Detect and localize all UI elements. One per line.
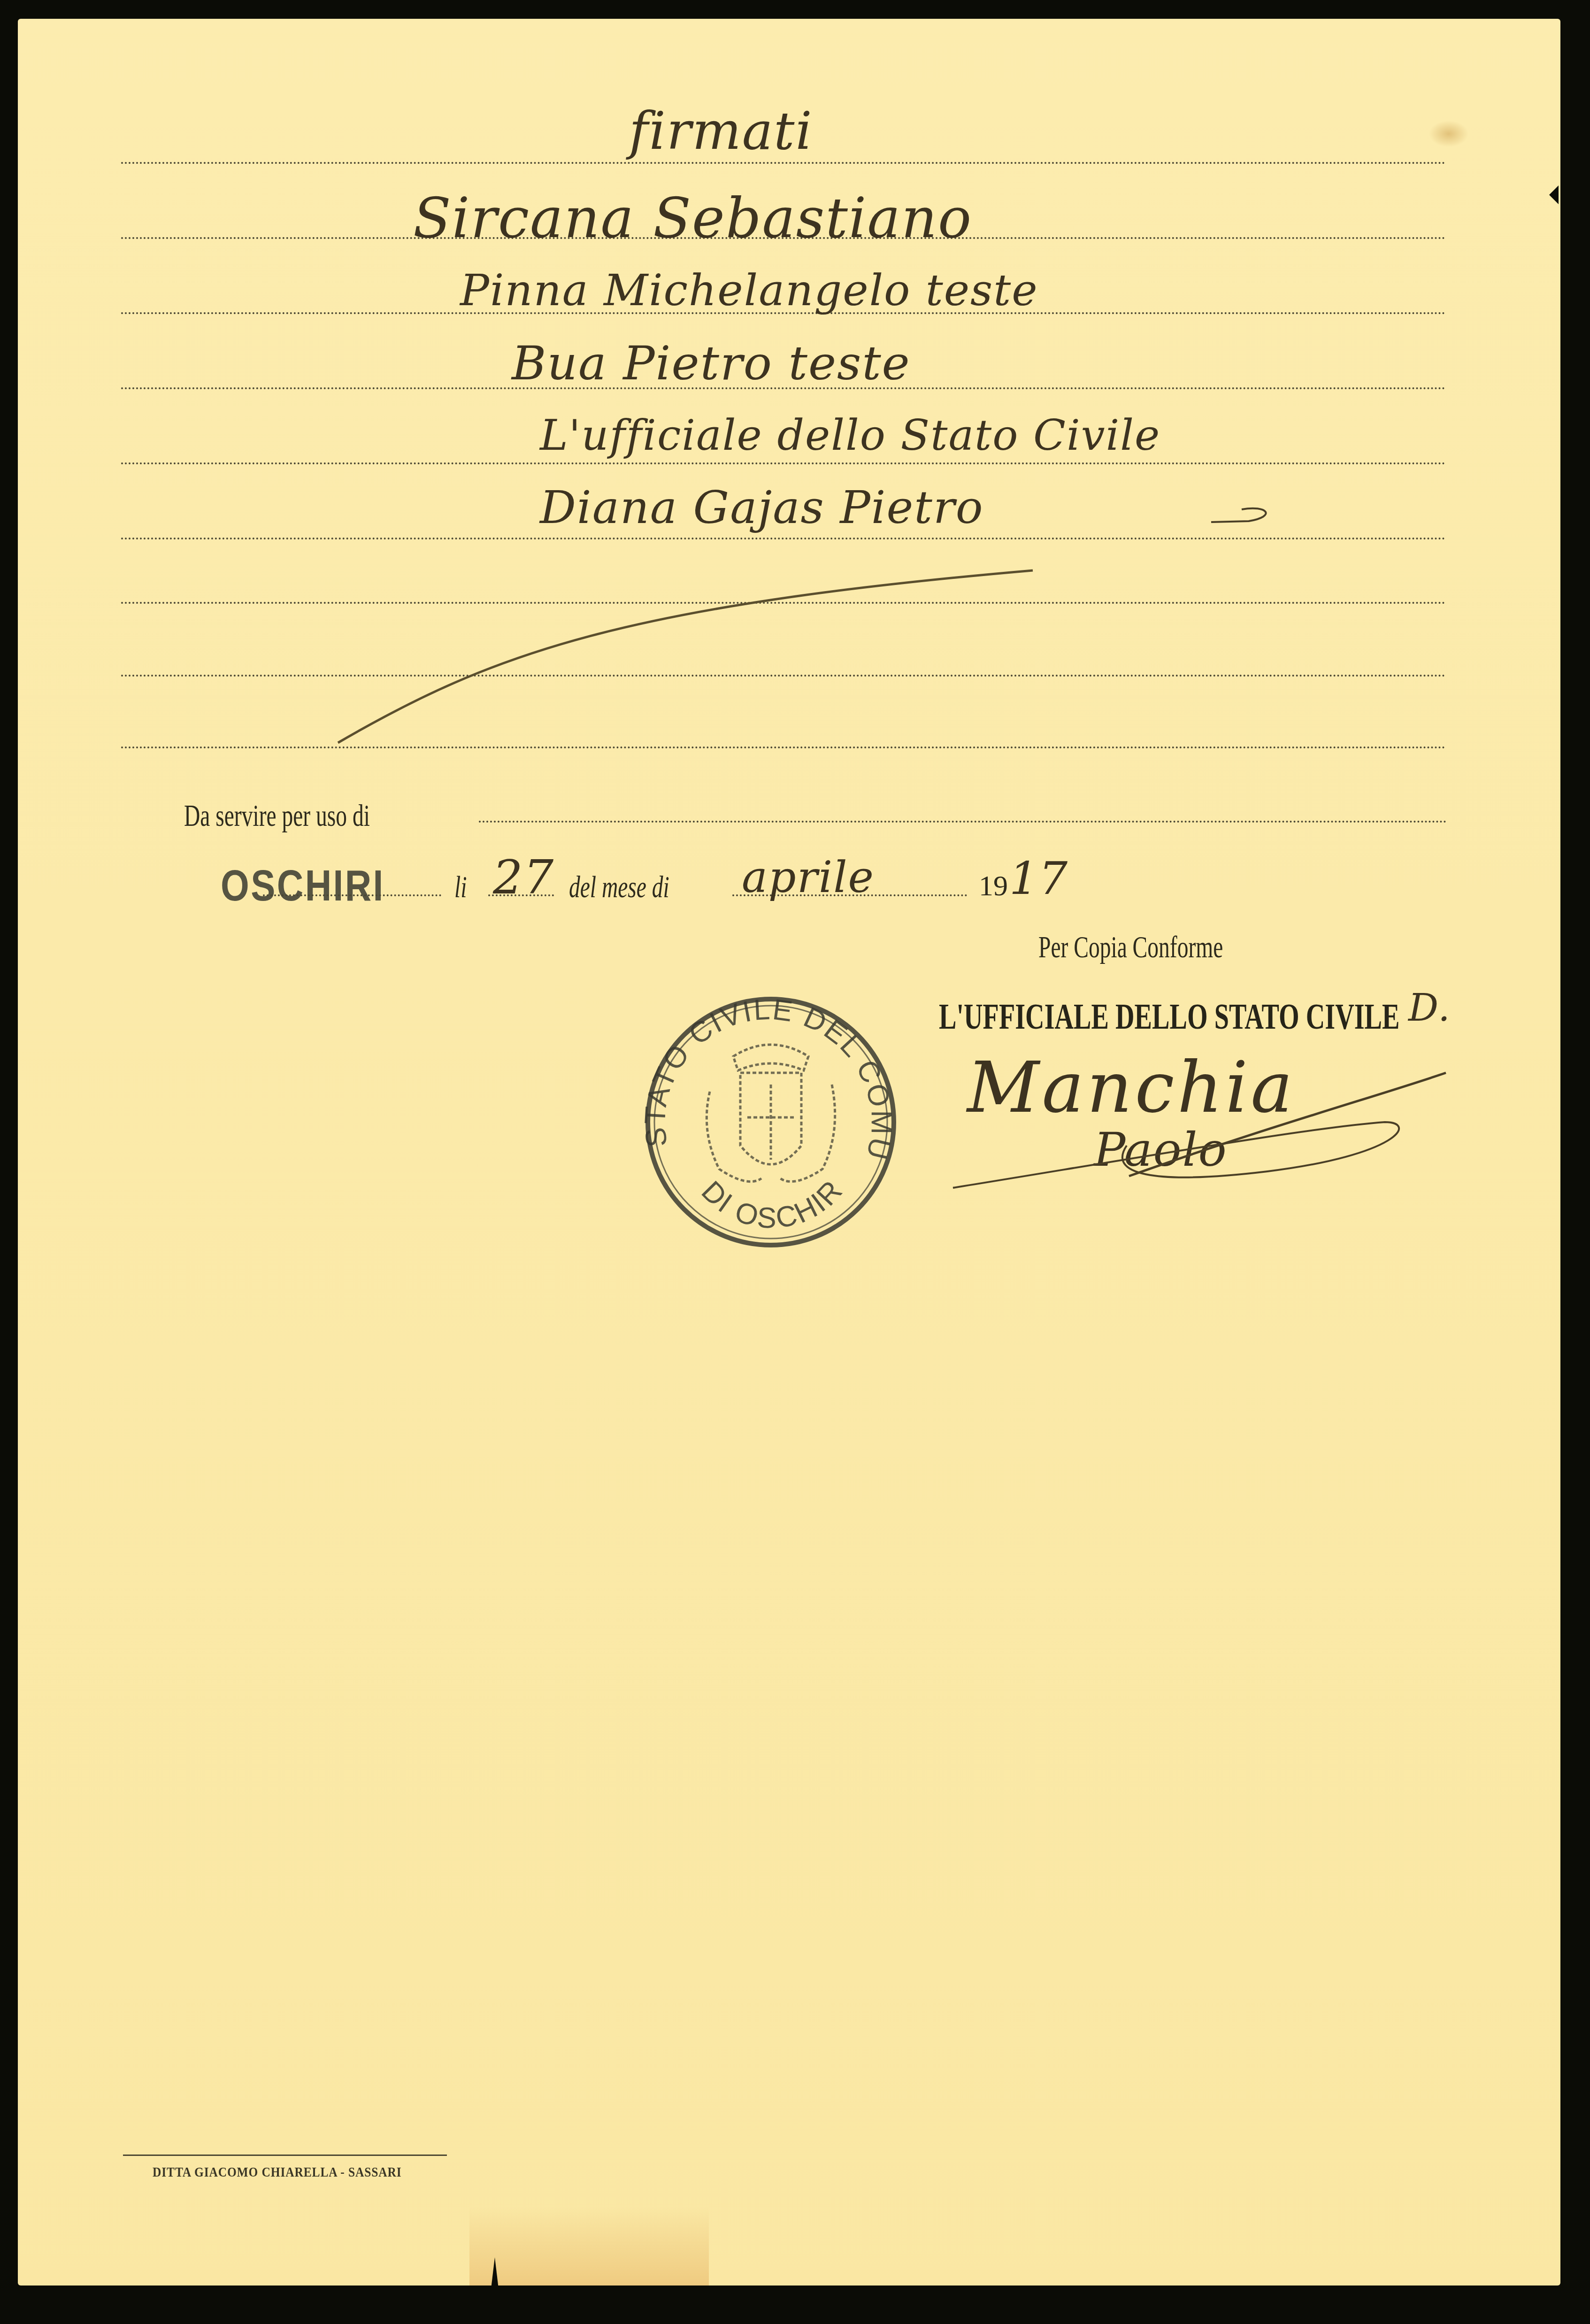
footer-rule xyxy=(123,2155,447,2156)
ink-strokes xyxy=(0,0,1590,2324)
cancellation-stroke xyxy=(138,530,1033,742)
printer-imprint: DITTA GIACOMO CHIARELLA - SASSARI xyxy=(153,2164,402,2180)
